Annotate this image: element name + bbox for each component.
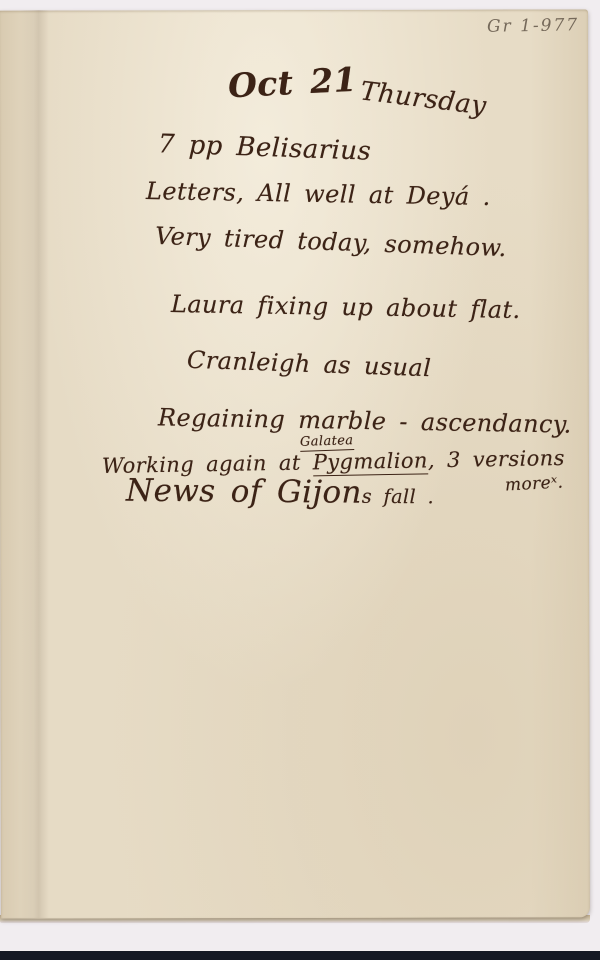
- working-post-text: , 3 versions: [428, 446, 565, 472]
- line-letters-deya: Letters, All well at Deyá .: [146, 177, 491, 211]
- line-news-gijon: News of Gijons fall .: [126, 473, 434, 512]
- news-main-text: News of Gijon: [126, 473, 362, 511]
- paper-crease: [20, 10, 54, 918]
- line-working-more: moreˣ.: [505, 472, 564, 495]
- scan-footer-bar: [0, 951, 600, 960]
- working-title-underlined: Pygmalion: [313, 448, 429, 476]
- scanned-page: Gr 1-977 Oct 21 Thursday 7 pp Belisarius…: [0, 0, 600, 960]
- catalog-annotation: Gr 1-977: [487, 15, 579, 37]
- news-tail-text: s fall .: [362, 485, 434, 509]
- entry-date: Oct 21: [227, 60, 358, 106]
